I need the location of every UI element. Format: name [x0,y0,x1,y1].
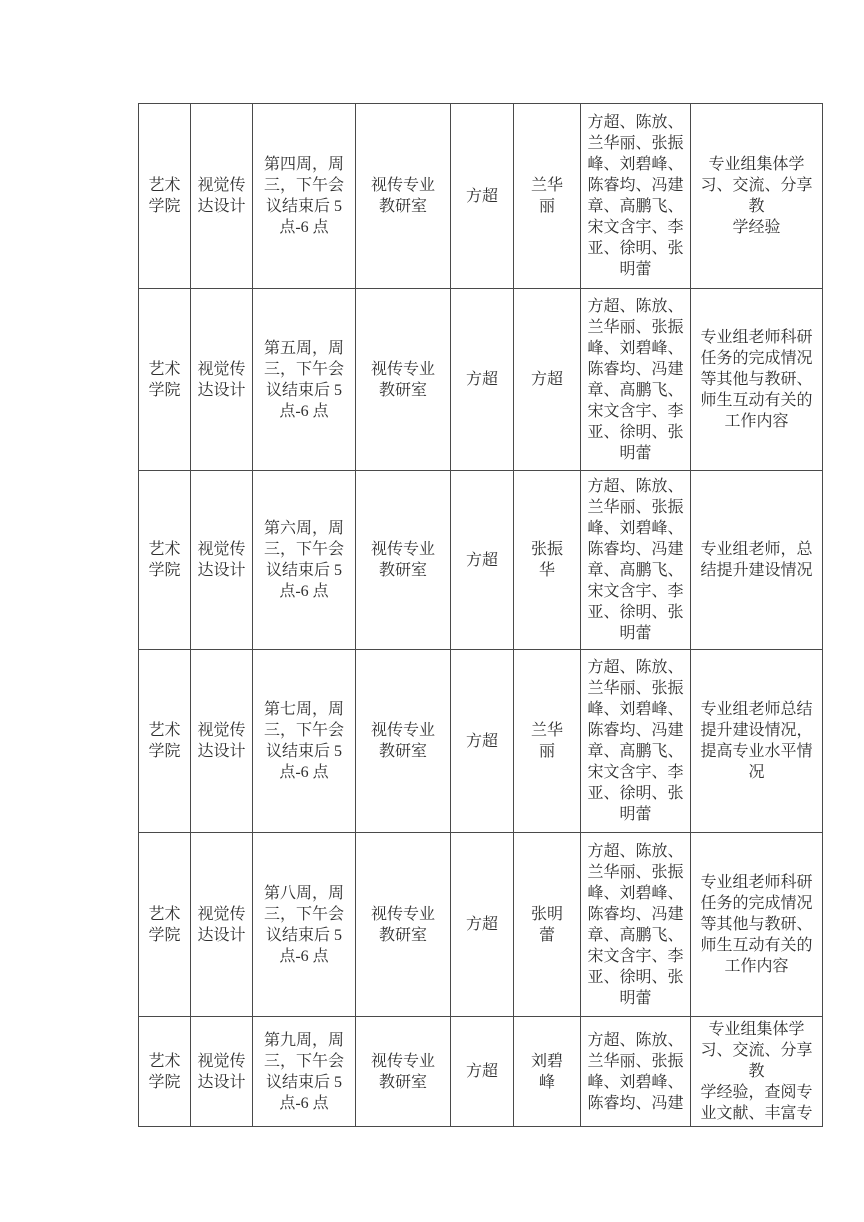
cell-participants: 方超、陈放、 兰华丽、张振 峰、刘碧峰、 陈睿均、冯建 章、高鹏飞、 宋文含宇、… [581,650,691,833]
cell-major: 视觉传 达设计 [191,833,253,1017]
cell-major: 视觉传 达设计 [191,471,253,650]
cell-major: 视觉传 达设计 [191,104,253,289]
table-row: 艺术 学院 视觉传 达设计 第五周，周 三，下午会 议结束后 5 点-6 点 视… [139,289,823,471]
cell-content: 专业组老师科研 任务的完成情况 等其他与教研、 师生互动有关的 工作内容 [691,289,823,471]
table-row: 艺术 学院 视觉传 达设计 第九周，周 三，下午会 议结束后 5 点-6 点 视… [139,1017,823,1127]
document-page: 艺术 学院 视觉传 达设计 第四周，周 三，下午会 议结束后 5 点-6 点 视… [0,0,864,1222]
cell-college: 艺术 学院 [139,104,191,289]
cell-time: 第七周，周 三，下午会 议结束后 5 点-6 点 [253,650,356,833]
cell-location: 视传专业 教研室 [356,833,451,1017]
table-row: 艺术 学院 视觉传 达设计 第八周，周 三，下午会 议结束后 5 点-6 点 视… [139,833,823,1017]
cell-location: 视传专业 教研室 [356,650,451,833]
cell-host: 方超 [451,471,514,650]
cell-location: 视传专业 教研室 [356,104,451,289]
cell-content: 专业组集体学 习、交流、分享教 学经验，查阅专 业文献、丰富专 [691,1017,823,1127]
cell-content: 专业组老师，总 结提升建设情况 [691,471,823,650]
cell-host: 方超 [451,104,514,289]
schedule-table: 艺术 学院 视觉传 达设计 第四周，周 三，下午会 议结束后 5 点-6 点 视… [138,103,823,1127]
cell-content: 专业组老师科研 任务的完成情况 等其他与教研、 师生互动有关的 工作内容 [691,833,823,1017]
cell-speaker: 兰华 丽 [514,650,581,833]
cell-time: 第六周，周 三，下午会 议结束后 5 点-6 点 [253,471,356,650]
cell-major: 视觉传 达设计 [191,650,253,833]
cell-content: 专业组老师总结 提升建设情况， 提高专业水平情 况 [691,650,823,833]
cell-college: 艺术 学院 [139,1017,191,1127]
cell-speaker: 张明 蕾 [514,833,581,1017]
table-row: 艺术 学院 视觉传 达设计 第四周，周 三，下午会 议结束后 5 点-6 点 视… [139,104,823,289]
cell-speaker: 兰华 丽 [514,104,581,289]
cell-major: 视觉传 达设计 [191,1017,253,1127]
cell-time: 第八周，周 三，下午会 议结束后 5 点-6 点 [253,833,356,1017]
table-row: 艺术 学院 视觉传 达设计 第七周，周 三，下午会 议结束后 5 点-6 点 视… [139,650,823,833]
cell-college: 艺术 学院 [139,650,191,833]
cell-host: 方超 [451,289,514,471]
cell-location: 视传专业 教研室 [356,1017,451,1127]
cell-participants: 方超、陈放、 兰华丽、张振 峰、刘碧峰、 陈睿均、冯建 章、高鹏飞、 宋文含宇、… [581,833,691,1017]
cell-content: 专业组集体学 习、交流、分享教 学经验 [691,104,823,289]
table-row: 艺术 学院 视觉传 达设计 第六周，周 三，下午会 议结束后 5 点-6 点 视… [139,471,823,650]
cell-host: 方超 [451,833,514,1017]
cell-time: 第九周，周 三，下午会 议结束后 5 点-6 点 [253,1017,356,1127]
cell-time: 第五周，周 三，下午会 议结束后 5 点-6 点 [253,289,356,471]
cell-college: 艺术 学院 [139,471,191,650]
cell-participants: 方超、陈放、 兰华丽、张振 峰、刘碧峰、 陈睿均、冯建 章、高鹏飞、 宋文含宇、… [581,471,691,650]
cell-college: 艺术 学院 [139,833,191,1017]
cell-location: 视传专业 教研室 [356,471,451,650]
cell-speaker: 张振 华 [514,471,581,650]
cell-location: 视传专业 教研室 [356,289,451,471]
cell-host: 方超 [451,650,514,833]
cell-speaker: 方超 [514,289,581,471]
cell-major: 视觉传 达设计 [191,289,253,471]
cell-host: 方超 [451,1017,514,1127]
cell-time: 第四周，周 三，下午会 议结束后 5 点-6 点 [253,104,356,289]
cell-college: 艺术 学院 [139,289,191,471]
cell-participants: 方超、陈放、 兰华丽、张振 峰、刘碧峰、 陈睿均、冯建 [581,1017,691,1127]
cell-speaker: 刘碧 峰 [514,1017,581,1127]
cell-participants: 方超、陈放、 兰华丽、张振 峰、刘碧峰、 陈睿均、冯建 章、高鹏飞、 宋文含宇、… [581,104,691,289]
cell-participants: 方超、陈放、 兰华丽、张振 峰、刘碧峰、 陈睿均、冯建 章、高鹏飞、 宋文含宇、… [581,289,691,471]
